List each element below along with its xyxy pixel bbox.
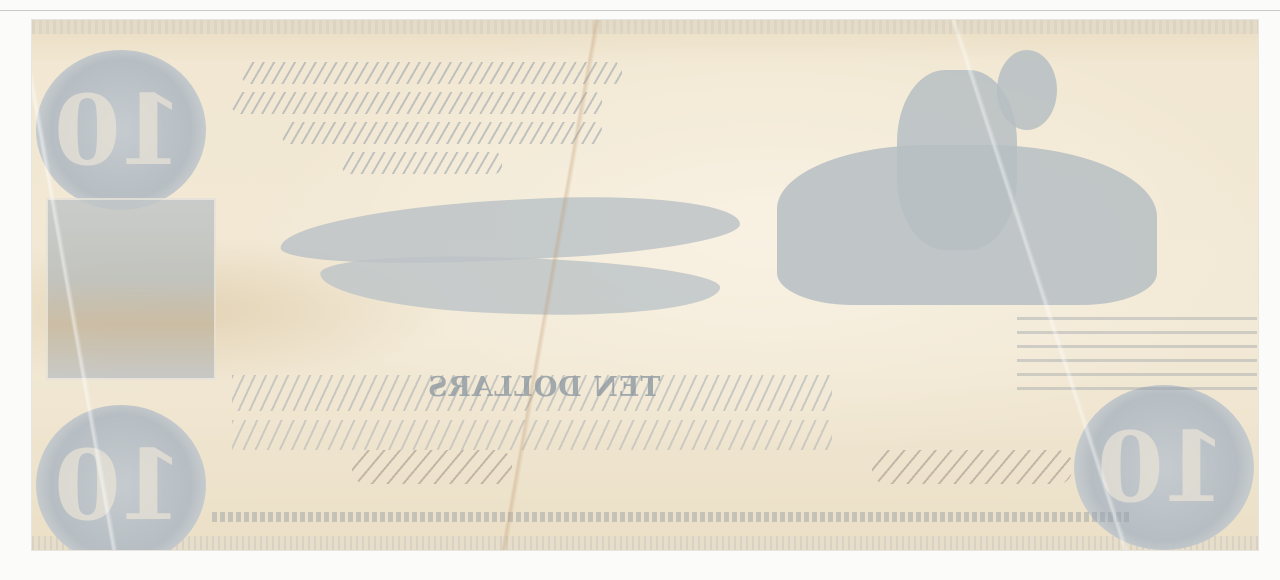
top-border-band — [32, 20, 1258, 34]
script-line — [282, 122, 602, 144]
denomination-medallion-bottom-right: 10 — [1074, 385, 1254, 550]
bottom-border-band — [32, 536, 1258, 550]
script-line — [342, 152, 502, 174]
date-line — [232, 420, 832, 450]
denomination-numeral: 10 — [58, 429, 184, 542]
script-line — [242, 62, 622, 84]
left-end-panel — [46, 198, 216, 380]
banknote: 10 10 10 TEN DOLLARS — [32, 20, 1258, 550]
denomination-numeral: 10 — [58, 74, 184, 187]
banner-lower-ribbon — [319, 251, 721, 321]
imprint-line — [212, 512, 1132, 522]
denomination-medallion-top-left: 10 — [36, 50, 206, 210]
right-text-block — [1017, 310, 1257, 390]
page-top-rule — [0, 10, 1280, 11]
script-line — [232, 92, 602, 114]
title-banner — [250, 200, 750, 330]
amount-text: TEN DOLLARS — [427, 372, 661, 403]
denomination-numeral: 10 — [1101, 411, 1227, 524]
signature-right — [872, 450, 1072, 484]
denomination-medallion-bottom-left: 10 — [36, 405, 206, 550]
signature-left — [352, 450, 512, 484]
central-vignette — [777, 50, 1167, 305]
